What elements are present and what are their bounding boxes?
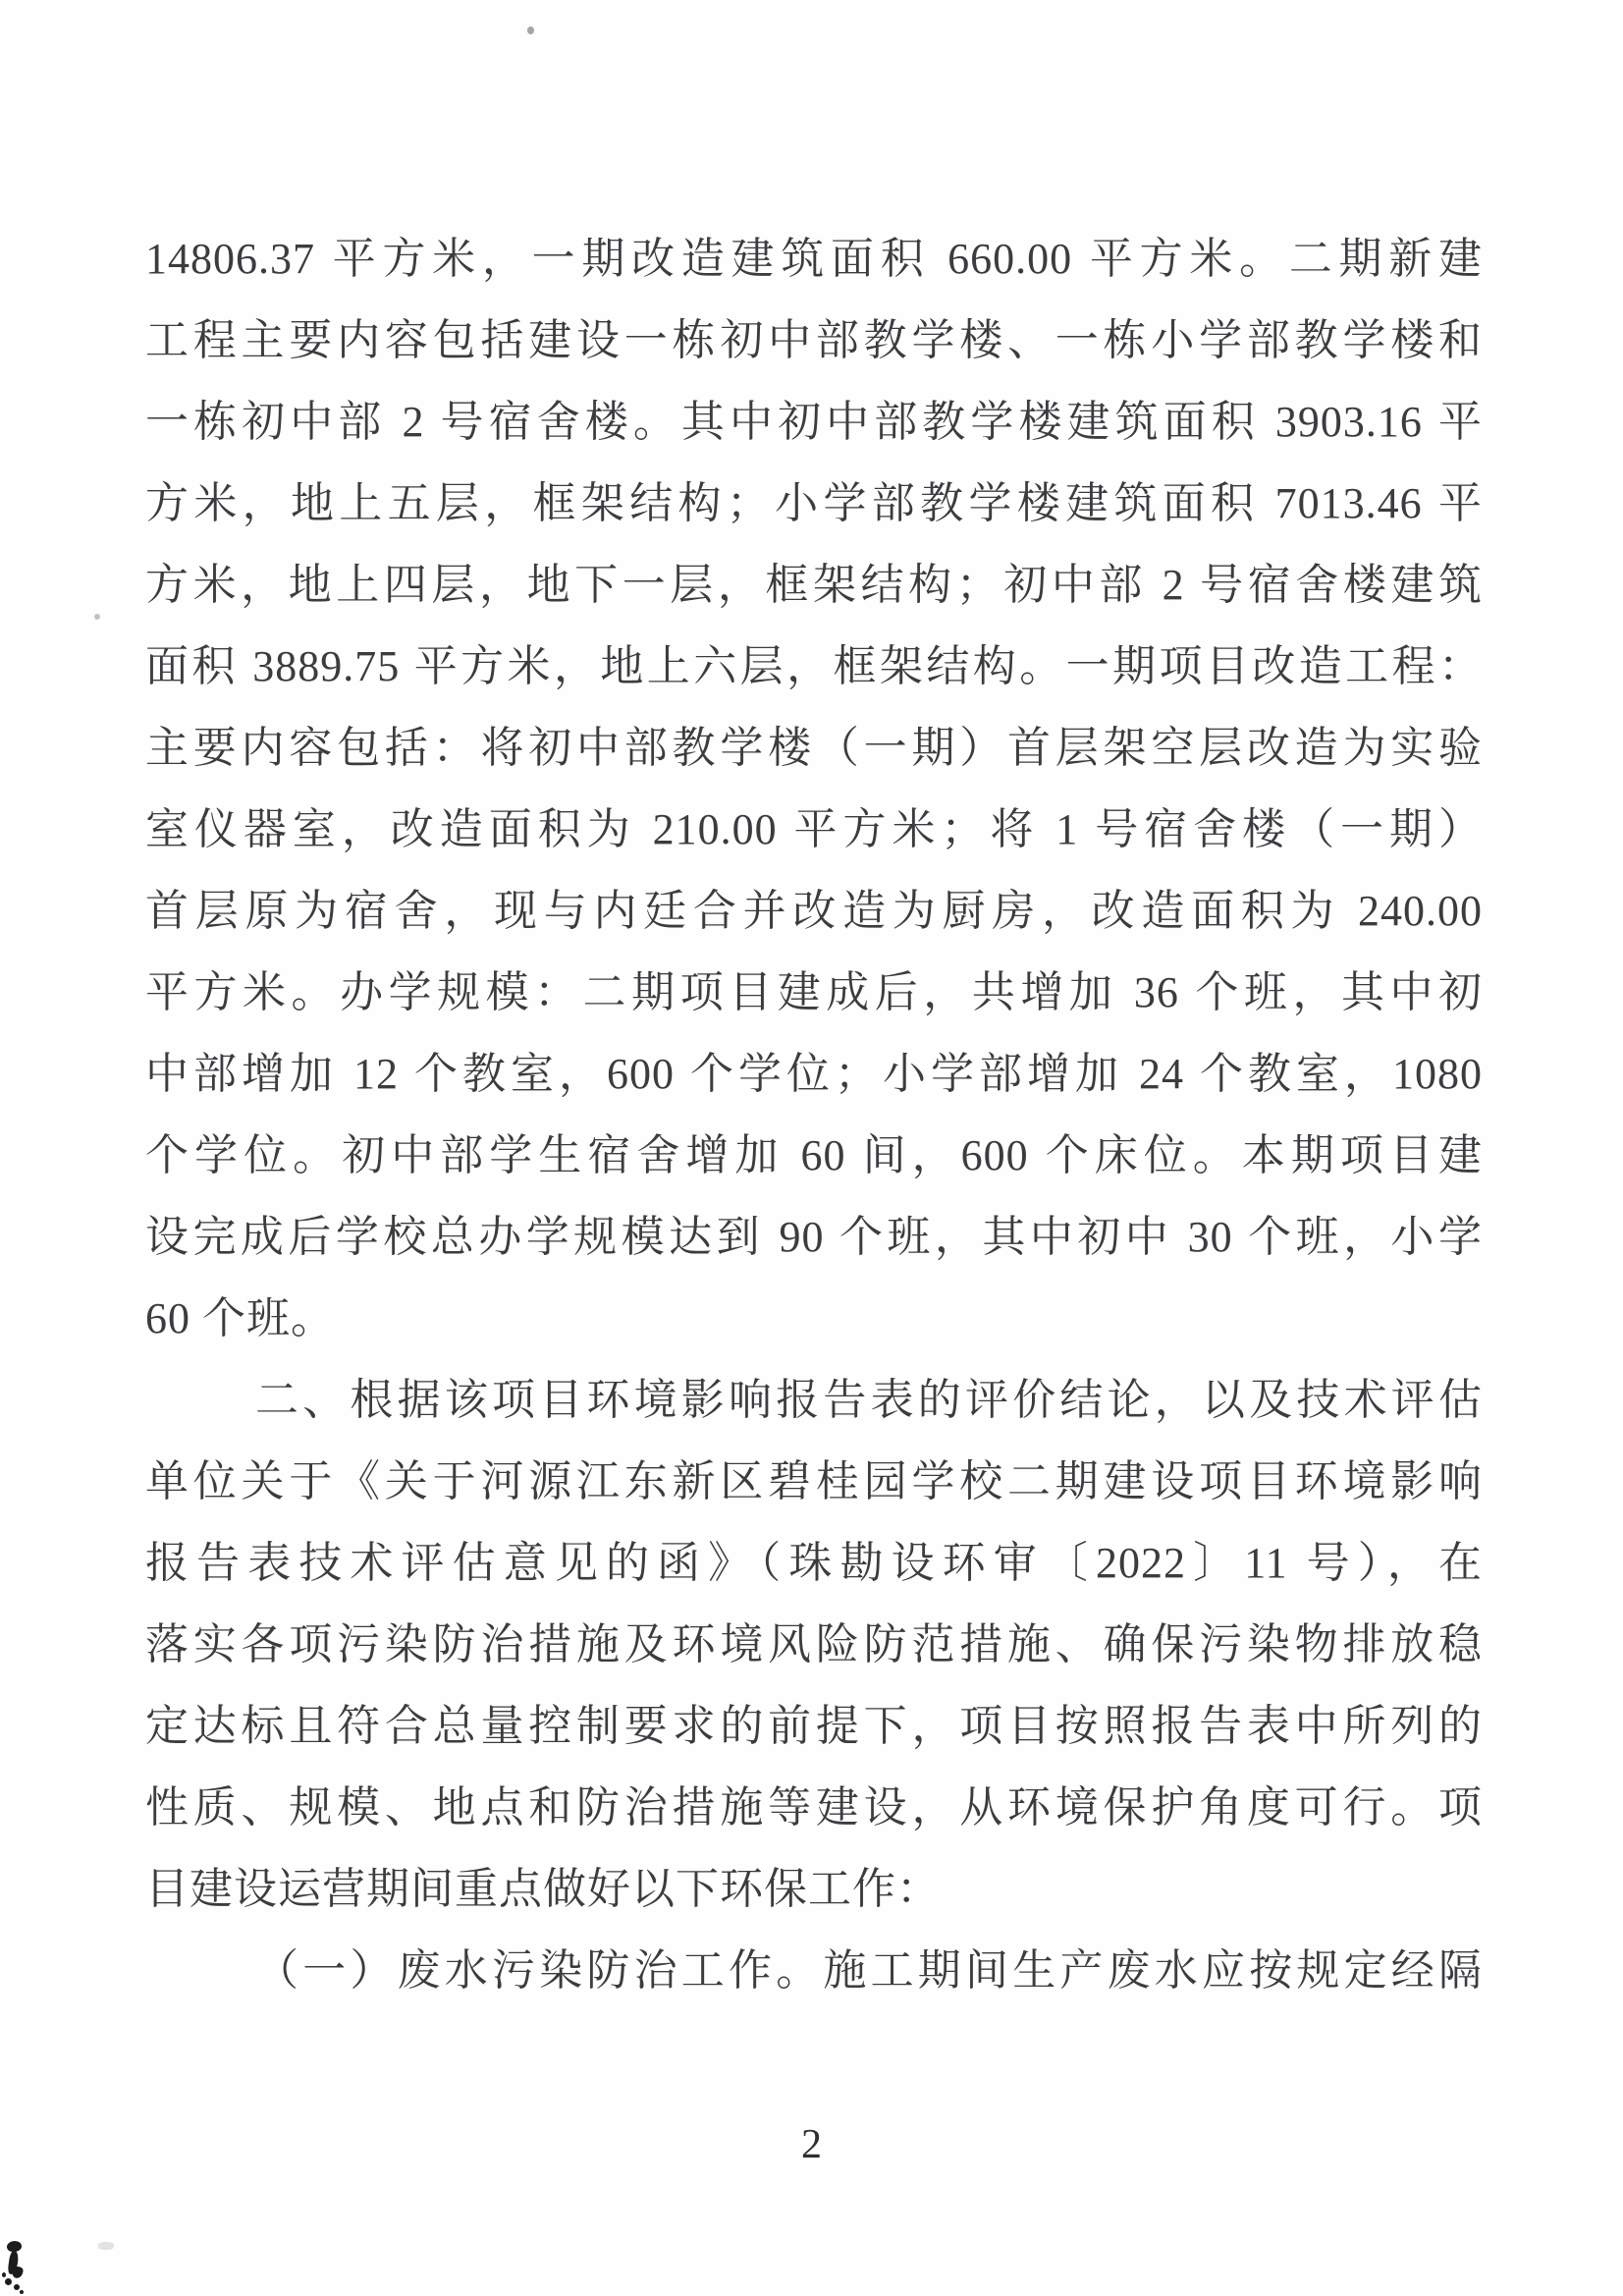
text-line: 落实各项污染防治措施及环境风险防范措施、确保污染物排放稳 — [145, 1604, 1483, 1685]
text-line: 目建设运营期间重点做好以下环保工作： — [145, 1848, 1483, 1930]
text-line: 二、根据该项目环境影响报告表的评价结论，以及技术评估 — [145, 1359, 1483, 1441]
text-line: 工程主要内容包括建设一栋初中部教学楼、一栋小学部教学楼和 — [145, 300, 1483, 381]
text-line: 定达标且符合总量控制要求的前提下，项目按照报告表中所列的 — [145, 1685, 1483, 1767]
text-line: 面积 3889.75 平方米，地上六层，框架结构。一期项目改造工程： — [145, 626, 1483, 707]
text-line: 主要内容包括：将初中部教学楼（一期）首层架空层改造为实验 — [145, 707, 1483, 789]
scan-speck-top — [527, 27, 534, 34]
ink-smudge — [0, 2237, 39, 2296]
document-page: 14806.37 平方米，一期改造建筑面积 660.00 平方米。二期新建工程主… — [0, 0, 1623, 2296]
document-body: 14806.37 平方米，一期改造建筑面积 660.00 平方米。二期新建工程主… — [145, 218, 1483, 2011]
text-line: 60 个班。 — [145, 1278, 1483, 1359]
text-line: 首层原为宿舍，现与内廷合并改造为厨房，改造面积为 240.00 — [145, 870, 1483, 952]
scan-speck-bottom — [98, 2242, 114, 2250]
text-line: 个学位。初中部学生宿舍增加 60 间，600 个床位。本期项目建 — [145, 1115, 1483, 1196]
text-line: 报告表技术评估意见的函》（珠勘设环审〔2022〕11 号），在 — [145, 1522, 1483, 1604]
text-line: 中部增加 12 个教室，600 个学位；小学部增加 24 个教室，1080 — [145, 1033, 1483, 1115]
text-line: 平方米。办学规模：二期项目建成后，共增加 36 个班，其中初 — [145, 952, 1483, 1033]
text-line: 一栋初中部 2 号宿舍楼。其中初中部教学楼建筑面积 3903.16 平 — [145, 381, 1483, 463]
text-line: 设完成后学校总办学规模达到 90 个班，其中初中 30 个班，小学 — [145, 1196, 1483, 1278]
scan-speck-left — [94, 614, 100, 620]
text-line: 方米，地上五层，框架结构；小学部教学楼建筑面积 7013.46 平 — [145, 463, 1483, 544]
text-line: 方米，地上四层，地下一层，框架结构；初中部 2 号宿舍楼建筑 — [145, 544, 1483, 626]
text-line: 性质、规模、地点和防治措施等建设，从环境保护角度可行。项 — [145, 1767, 1483, 1848]
text-line: （一）废水污染防治工作。施工期间生产废水应按规定经隔 — [145, 1930, 1483, 2011]
text-line: 单位关于《关于河源江东新区碧桂园学校二期建设项目环境影响 — [145, 1441, 1483, 1522]
text-line: 室仪器室，改造面积为 210.00 平方米；将 1 号宿舍楼（一期） — [145, 789, 1483, 870]
page-number: 2 — [0, 2121, 1623, 2168]
text-line: 14806.37 平方米，一期改造建筑面积 660.00 平方米。二期新建 — [145, 218, 1483, 300]
